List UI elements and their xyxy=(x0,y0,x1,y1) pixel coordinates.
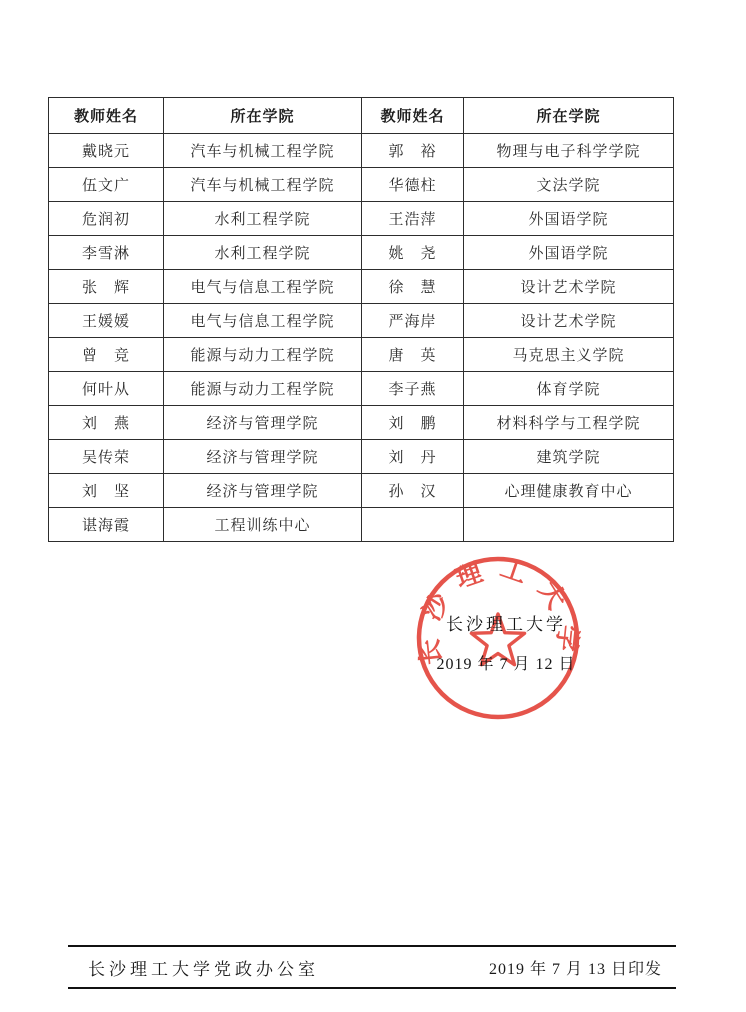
table-cell: 李子燕 xyxy=(362,372,464,406)
table-cell: 外国语学院 xyxy=(464,202,674,236)
table-cell: 张 辉 xyxy=(49,270,164,304)
table-cell: 能源与动力工程学院 xyxy=(164,372,362,406)
table-row: 张 辉 电气与信息工程学院 徐 慧 设计艺术学院 xyxy=(49,270,674,304)
table-row: 刘 燕 经济与管理学院 刘 鹏 材料科学与工程学院 xyxy=(49,406,674,440)
table-cell: 能源与动力工程学院 xyxy=(164,338,362,372)
table-cell: 电气与信息工程学院 xyxy=(164,270,362,304)
table-cell: 工程训练中心 xyxy=(164,508,362,542)
imprint-office: 长沙理工大学党政办公室 xyxy=(88,955,319,980)
signature-date: 2019 年 7 月 12 日 xyxy=(392,651,620,674)
table-cell: 戴晓元 xyxy=(49,134,164,168)
table-row: 曾 竞 能源与动力工程学院 唐 英 马克思主义学院 xyxy=(49,338,674,372)
imprint-date: 2019 年 7 月 13 日印发 xyxy=(489,956,662,979)
table-cell: 设计艺术学院 xyxy=(464,304,674,338)
table-cell: 水利工程学院 xyxy=(164,236,362,270)
table-cell xyxy=(464,508,674,542)
document-page: 教师姓名 所在学院 教师姓名 所在学院 戴晓元 汽车与机械工程学院 郭 裕 物理… xyxy=(0,0,746,1012)
table-row: 王媛媛 电气与信息工程学院 严海岸 设计艺术学院 xyxy=(49,304,674,338)
table-cell: 王浩萍 xyxy=(362,202,464,236)
table-cell: 材料科学与工程学院 xyxy=(464,406,674,440)
header-college-2: 所在学院 xyxy=(464,98,674,134)
table-cell: 危润初 xyxy=(49,202,164,236)
teacher-roster-table: 教师姓名 所在学院 教师姓名 所在学院 戴晓元 汽车与机械工程学院 郭 裕 物理… xyxy=(48,97,674,542)
table-row: 李雪淋 水利工程学院 姚 尧 外国语学院 xyxy=(49,236,674,270)
table-cell: 姚 尧 xyxy=(362,236,464,270)
table-cell: 经济与管理学院 xyxy=(164,474,362,508)
table-cell: 经济与管理学院 xyxy=(164,406,362,440)
table-cell: 刘 坚 xyxy=(49,474,164,508)
header-college-1: 所在学院 xyxy=(164,98,362,134)
table-cell: 王媛媛 xyxy=(49,304,164,338)
table-cell: 刘 鹏 xyxy=(362,406,464,440)
table-cell: 吴传荣 xyxy=(49,440,164,474)
table-cell: 华德柱 xyxy=(362,168,464,202)
table-cell: 汽车与机械工程学院 xyxy=(164,134,362,168)
table-header-row: 教师姓名 所在学院 教师姓名 所在学院 xyxy=(49,98,674,134)
table-cell: 何叶从 xyxy=(49,372,164,406)
table-cell: 李雪淋 xyxy=(49,236,164,270)
table-cell: 设计艺术学院 xyxy=(464,270,674,304)
table-row: 戴晓元 汽车与机械工程学院 郭 裕 物理与电子科学学院 xyxy=(49,134,674,168)
imprint-bar: 长沙理工大学党政办公室 2019 年 7 月 13 日印发 xyxy=(68,945,676,989)
table-cell: 建筑学院 xyxy=(464,440,674,474)
table-cell: 文法学院 xyxy=(464,168,674,202)
signature-org: 长沙理工大学 xyxy=(398,610,614,635)
table-cell: 刘 燕 xyxy=(49,406,164,440)
table-cell: 体育学院 xyxy=(464,372,674,406)
table-cell: 曾 竞 xyxy=(49,338,164,372)
table-cell: 伍文广 xyxy=(49,168,164,202)
table-cell: 外国语学院 xyxy=(464,236,674,270)
table-cell: 马克思主义学院 xyxy=(464,338,674,372)
table-cell: 严海岸 xyxy=(362,304,464,338)
table-row: 危润初 水利工程学院 王浩萍 外国语学院 xyxy=(49,202,674,236)
table-cell: 心理健康教育中心 xyxy=(464,474,674,508)
table-cell: 徐 慧 xyxy=(362,270,464,304)
header-teacher-name-1: 教师姓名 xyxy=(49,98,164,134)
header-teacher-name-2: 教师姓名 xyxy=(362,98,464,134)
table-cell: 物理与电子科学学院 xyxy=(464,134,674,168)
table-row: 伍文广 汽车与机械工程学院 华德柱 文法学院 xyxy=(49,168,674,202)
table-row: 何叶从 能源与动力工程学院 李子燕 体育学院 xyxy=(49,372,674,406)
table-cell: 谌海霞 xyxy=(49,508,164,542)
table-cell: 电气与信息工程学院 xyxy=(164,304,362,338)
table-row: 刘 坚 经济与管理学院 孙 汉 心理健康教育中心 xyxy=(49,474,674,508)
table-cell: 唐 英 xyxy=(362,338,464,372)
table-row: 谌海霞 工程训练中心 xyxy=(49,508,674,542)
table-cell: 经济与管理学院 xyxy=(164,440,362,474)
table-row: 吴传荣 经济与管理学院 刘 丹 建筑学院 xyxy=(49,440,674,474)
table-cell: 郭 裕 xyxy=(362,134,464,168)
table-cell: 刘 丹 xyxy=(362,440,464,474)
university-seal: 长沙理工大学 xyxy=(412,552,584,724)
table-cell xyxy=(362,508,464,542)
table-cell: 孙 汉 xyxy=(362,474,464,508)
table-cell: 汽车与机械工程学院 xyxy=(164,168,362,202)
table-cell: 水利工程学院 xyxy=(164,202,362,236)
